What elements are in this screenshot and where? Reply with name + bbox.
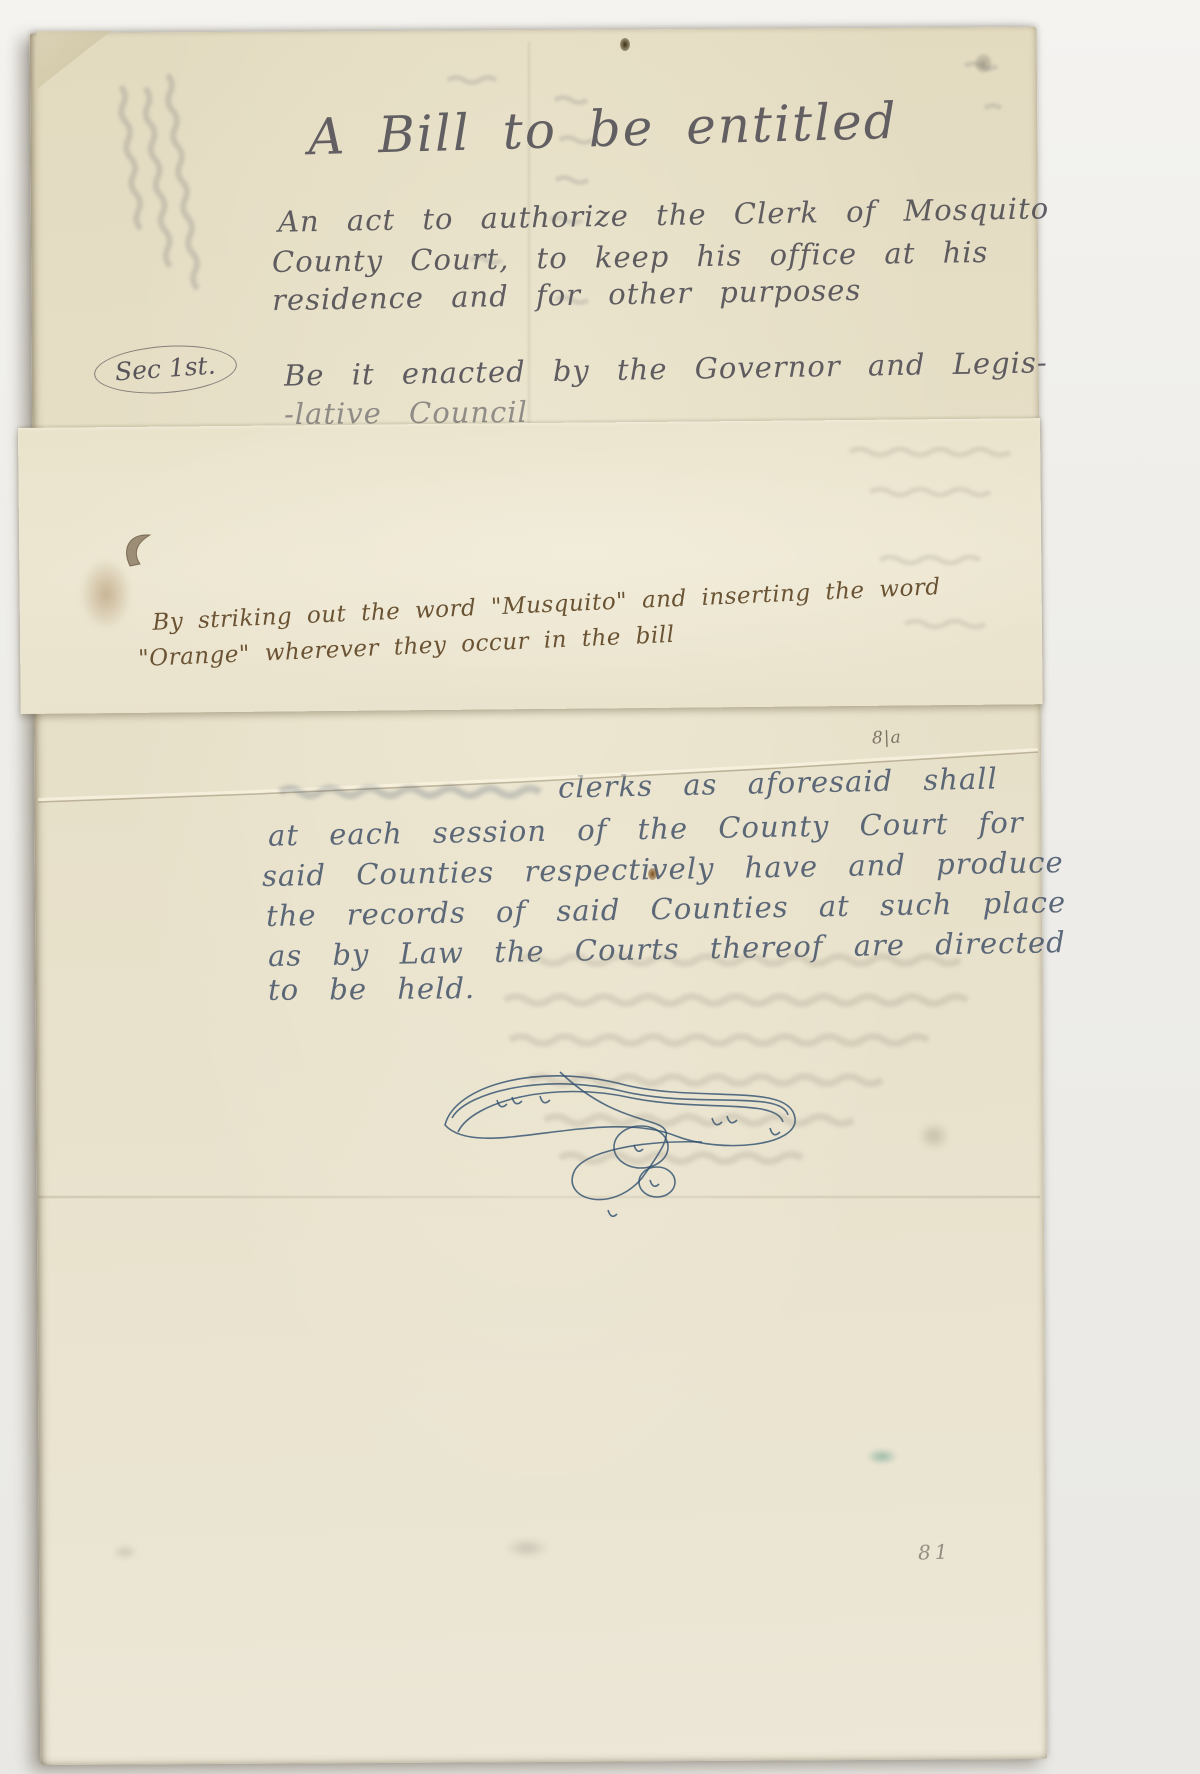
pencil-page-number: 81: [918, 1539, 952, 1564]
document-scan: A Bill to be entitled An act to authoriz…: [0, 0, 1200, 1774]
body-line-6: to be held.: [268, 971, 475, 1007]
archival-notation: 8|a: [872, 727, 902, 748]
